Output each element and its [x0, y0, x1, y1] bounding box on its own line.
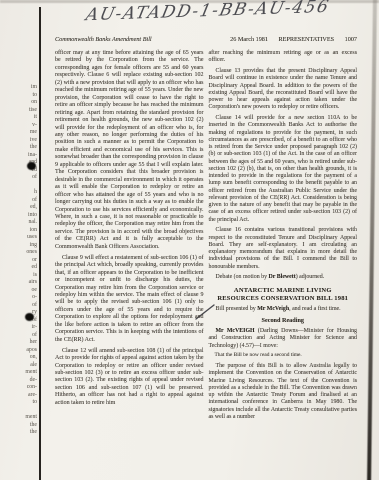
edge-text-fragment: ones: [13, 249, 37, 257]
edge-text-fragment: v-: [13, 122, 37, 130]
edge-text-fragment: of: [13, 174, 37, 182]
edge-text-fragment: ion: [13, 227, 37, 235]
edge-text-fragment: the: [13, 429, 37, 437]
edge-text-fragment: ed: [13, 264, 37, 272]
member-name: Dr Blewett: [269, 274, 296, 280]
bill-heading: ANTARCTIC MARINE LIVING RESOURCES CONSER…: [209, 287, 358, 303]
scanned-document-page: AU-ATADD-1-BB-AU-456 imtoontiseitv-meive…: [0, 0, 379, 480]
right-column: after reaching the minimum retiring age …: [209, 50, 358, 421]
edge-text-fragment: to: [13, 399, 37, 407]
edge-text-fragment: apos: [13, 347, 37, 355]
edge-text-fragment: is: [13, 272, 37, 280]
edge-text-fragment: are-: [13, 392, 37, 400]
second-reading-heading: Second Reading: [209, 317, 358, 324]
edge-text-fragment: ment: [13, 414, 37, 422]
hole-punch-mark-top: [27, 162, 36, 170]
header-right-group: 26 March 1981 REPRESENTATIVES 1007: [221, 36, 357, 43]
presented-pre: Bill presented by: [216, 306, 258, 312]
paragraph: Clause 16 contains various transitional …: [209, 227, 358, 271]
edge-text-fragment: the: [13, 422, 37, 430]
running-title: Commonwealth Banks Amendment Bill: [55, 36, 152, 43]
bill-heading-line1: ANTARCTIC MARINE LIVING: [209, 287, 358, 295]
paragraph: Clause 14 will provide for a new section…: [209, 115, 358, 224]
header-date: 26 March 1981: [230, 36, 268, 43]
hole-punch-mark-bottom: [25, 313, 34, 321]
motion-quote: That the Bill be now read a second time.: [215, 352, 358, 359]
bill-presented-line: Bill presented by Mr McVeigh, and read a…: [209, 306, 358, 313]
edge-text-fragment: oe: [13, 287, 37, 295]
paragraph: The purpose of this Bill is to allow Aus…: [209, 363, 358, 421]
edge-text-fragment: of: [13, 197, 37, 205]
paragraph: after reaching the minimum retiring age …: [209, 50, 358, 65]
speaker-name: Mr McVEIGH: [216, 328, 255, 334]
edge-text-fragment: the: [13, 144, 37, 152]
edge-text-fragment: into: [13, 212, 37, 220]
edge-text-fragment: im: [13, 84, 37, 92]
bill-heading-line2: RESOURCES CONSERVATION BILL 1981: [209, 295, 358, 303]
paragraph: officer may at any time before attaining…: [55, 50, 204, 251]
edge-text-fragment: con-: [13, 384, 37, 392]
header-chamber: REPRESENTATIVES: [279, 36, 335, 43]
debate-adjourned-line: Debate (on motion by Dr Blewett) adjourn…: [209, 274, 358, 281]
edge-text-fragment: on,: [13, 354, 37, 362]
paragraph: Clause 13 provides that the present Disc…: [209, 68, 358, 112]
two-column-text: officer may at any time before attaining…: [55, 50, 357, 421]
debate-pre: Debate (on motion by: [216, 274, 269, 280]
edge-text-fragment: to: [13, 92, 37, 100]
edge-text-fragment: de-: [13, 377, 37, 385]
edge-text-fragment: ment: [13, 369, 37, 377]
edge-text-fragment: h: [13, 189, 37, 197]
edge-text-fragment: [13, 407, 37, 415]
page-edge-shadow: [367, 0, 377, 480]
edge-text-fragment: ir-: [13, 324, 37, 332]
edge-text-fragment: o-: [13, 294, 37, 302]
edge-text-fragment: ina-: [13, 152, 37, 160]
edge-text-fragment: ive: [13, 137, 37, 145]
edge-text-fragment: airs: [13, 279, 37, 287]
adjacent-page-text-fragments: imtoontiseitv-meivetheina-andedof hofed,…: [13, 84, 37, 437]
edge-text-fragment: ing: [13, 242, 37, 250]
edge-text-fragment: uses: [13, 234, 37, 242]
edge-text-fragment: or: [13, 257, 37, 265]
member-name: Mr McVeigh: [257, 306, 289, 312]
header-page-number: 1007: [345, 36, 357, 43]
page-header: Commonwealth Banks Amendment Bill 26 Mar…: [55, 36, 357, 43]
paragraph: Clause 9 will effect a restatement of su…: [55, 255, 204, 344]
page-content: Commonwealth Banks Amendment Bill 26 Mar…: [55, 36, 357, 421]
edge-text-fragment: [13, 182, 37, 190]
presented-post: , and read a first time.: [289, 306, 341, 312]
speaker-paragraph: Mr McVEIGH (Darling Downs—Minister for H…: [209, 328, 358, 350]
binding-line: [39, 7, 41, 480]
handwritten-archival-code: AU-ATADD-1-BB-AU-456: [84, 0, 332, 25]
edge-text-fragment: of: [13, 302, 37, 310]
edge-text-fragment: me: [13, 129, 37, 137]
edge-text-fragment: nal.: [13, 219, 37, 227]
edge-text-fragment: tise: [13, 107, 37, 115]
paragraph: Clause 12 will amend sub-section 108 (1)…: [55, 348, 204, 408]
edge-text-fragment: her: [13, 339, 37, 347]
left-column: officer may at any time before attaining…: [55, 50, 204, 421]
debate-post: ) adjourned.: [296, 274, 324, 280]
edge-text-fragment: on: [13, 99, 37, 107]
edge-text-fragment: of: [13, 332, 37, 340]
edge-text-fragment: ale: [13, 362, 37, 370]
edge-text-fragment: ed,: [13, 204, 37, 212]
edge-text-fragment: it: [13, 114, 37, 122]
